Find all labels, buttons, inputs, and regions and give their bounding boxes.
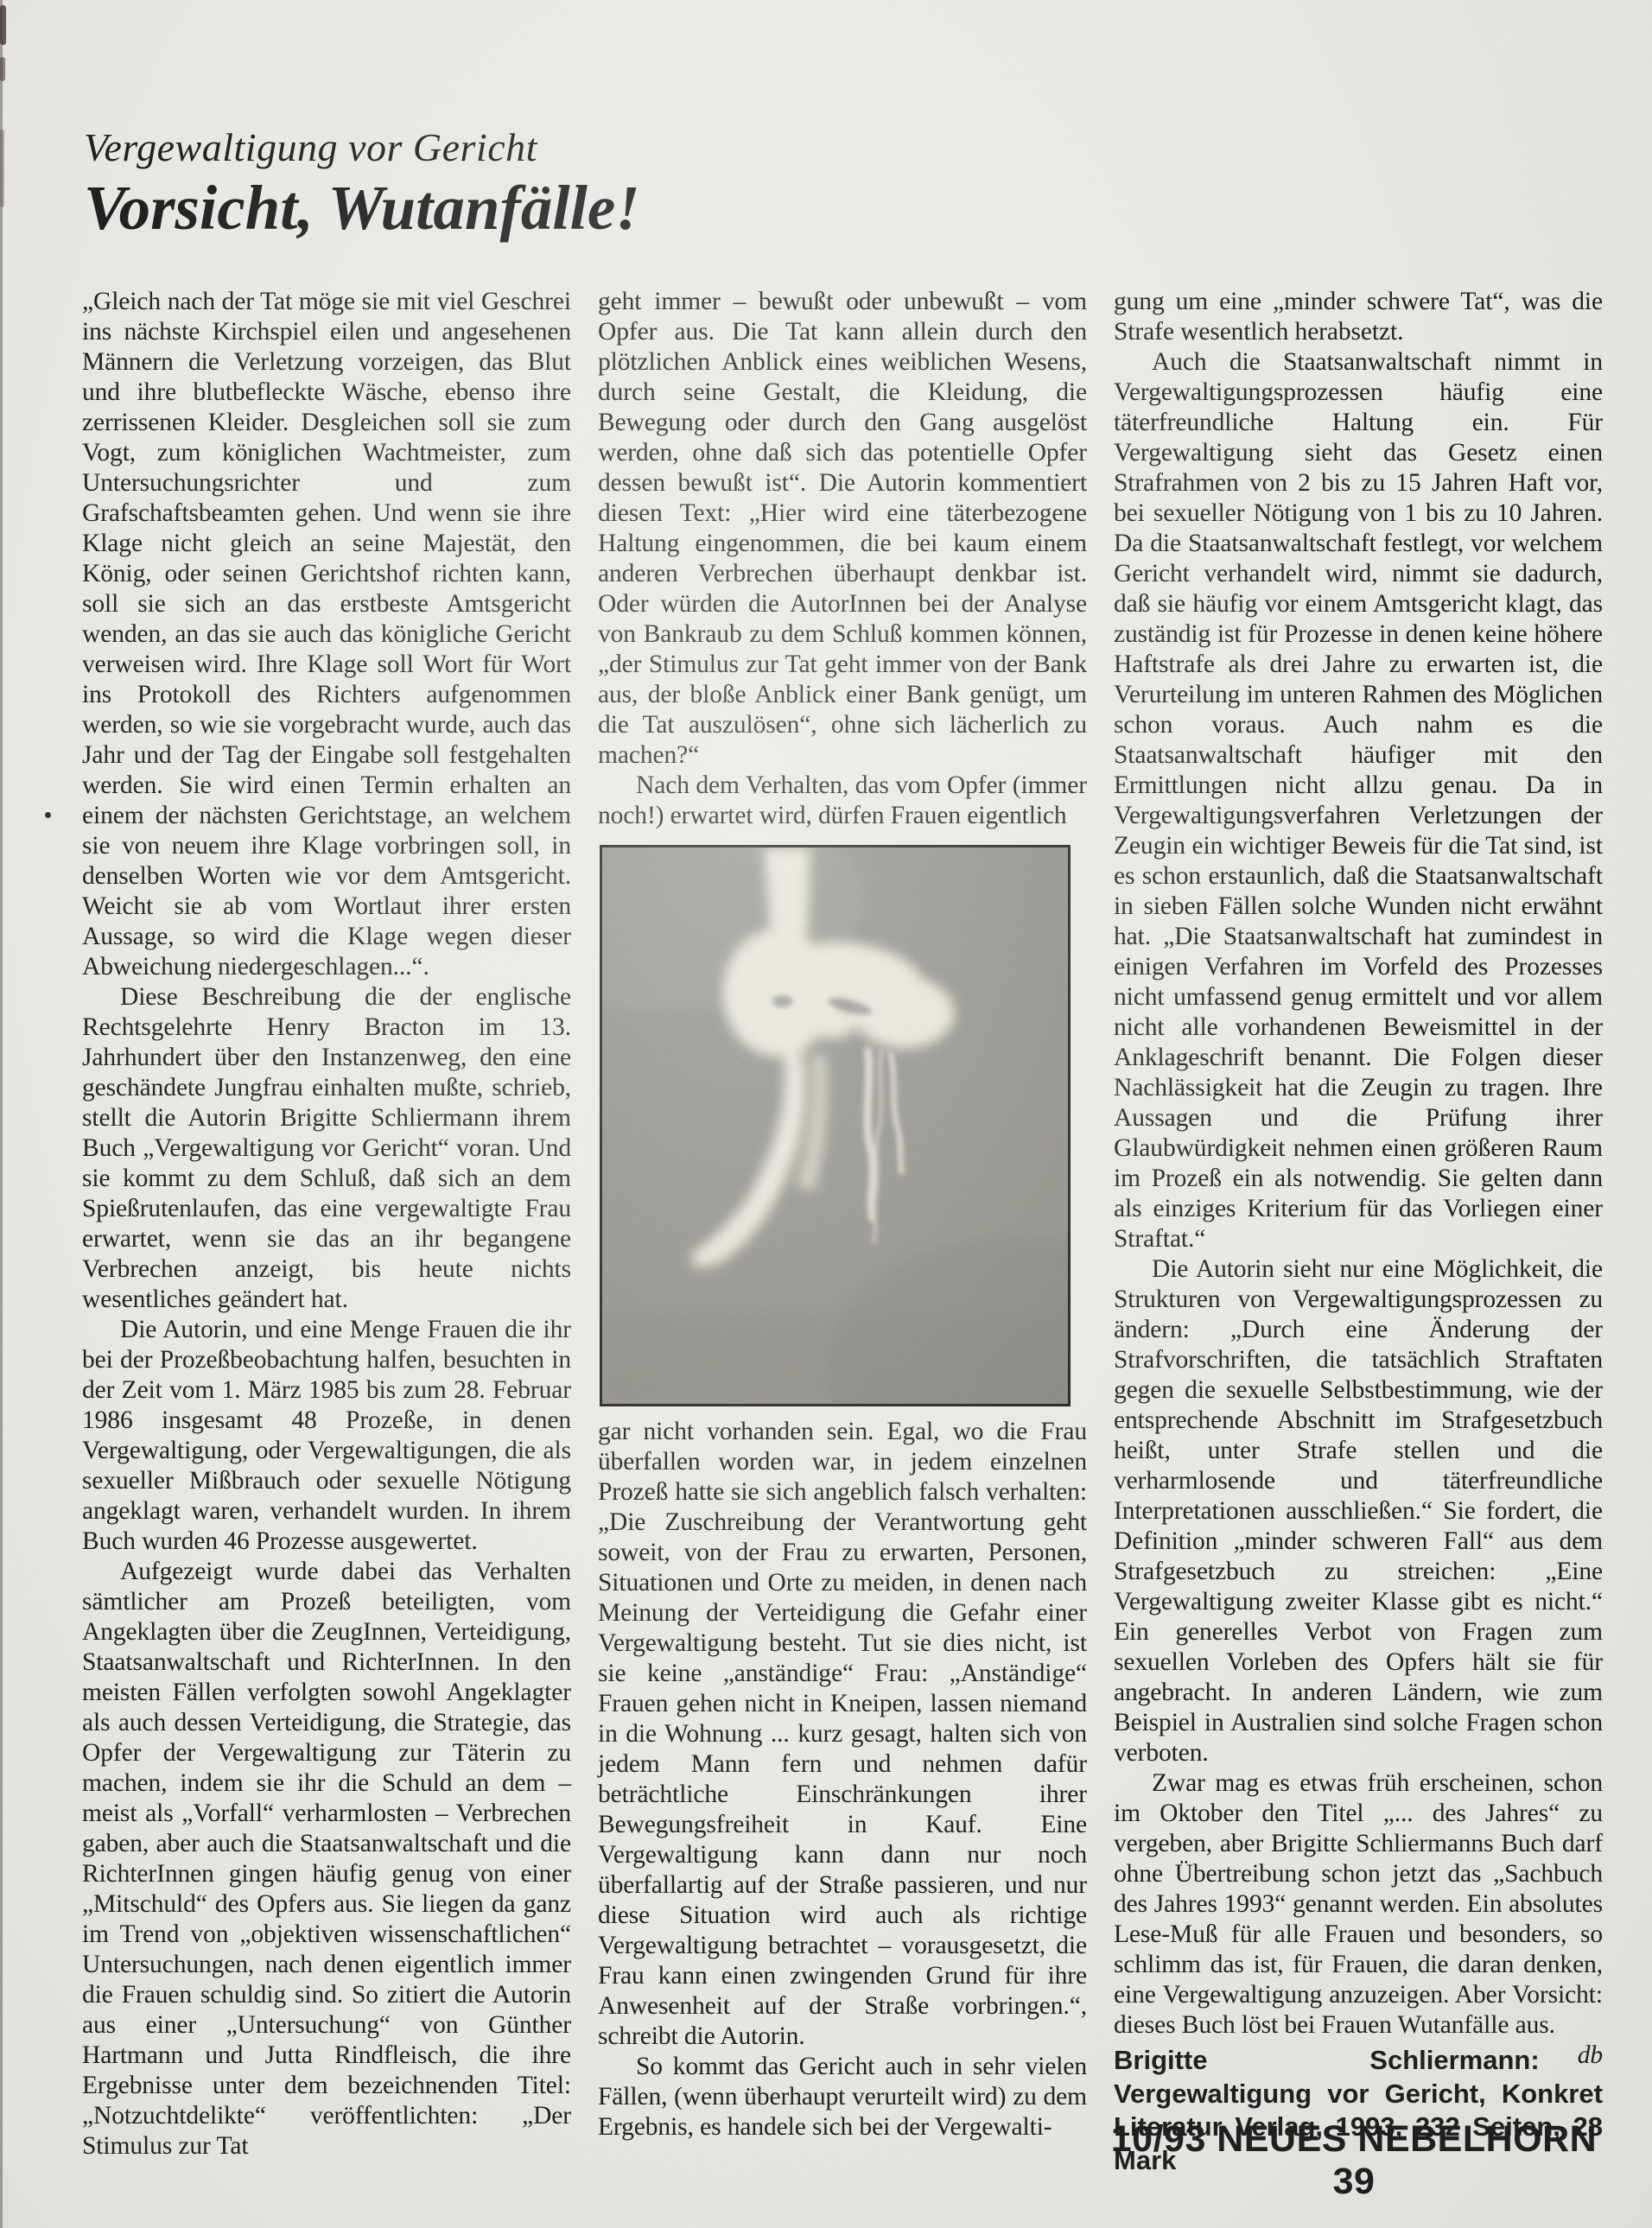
article-header: Vergewaltigung vor Gericht Vorsicht, Wut… [84, 126, 640, 241]
article-kicker: Vergewaltigung vor Gericht [84, 126, 640, 170]
article-paragraph: Zwar mag es etwas früh erscheinen, schon… [1114, 1768, 1603, 2041]
article-paragraph: So kommt das Gericht auch in sehr vielen… [598, 2052, 1087, 2142]
article-headline: Vorsicht, Wutanfälle! [84, 175, 640, 242]
column-3: gung um eine „minder schwere Tat“, was d… [1114, 287, 1603, 2177]
article-paragraph: geht immer – bewußt oder unbewußt – vom … [598, 287, 1087, 771]
article-columns: „Gleich nach der Tat möge sie mit viel G… [82, 287, 1603, 2177]
paragraph-text: Zwar mag es etwas früh erscheinen, schon… [1114, 1769, 1603, 2039]
article-paragraph: „Gleich nach der Tat möge sie mit viel G… [82, 287, 571, 982]
scan-edge-mark [0, 5, 6, 45]
scan-edge-mark [0, 130, 4, 207]
article-paragraph: Aufgezeigt wurde dabei das Verhalten säm… [82, 1557, 571, 2161]
article-paragraph: gar nicht vorhanden sein. Egal, wo die F… [598, 1417, 1087, 2052]
article-paragraph: Die Autorin sieht nur eine Möglichkeit, … [1114, 1254, 1603, 1768]
column-1: „Gleich nach der Tat möge sie mit viel G… [82, 287, 571, 2177]
scan-edge-mark [0, 57, 5, 81]
article-paragraph: Auch die Staatsanwaltschaft nimmt in Ver… [1114, 347, 1603, 1254]
column-2: geht immer – bewußt oder unbewußt – vom … [598, 287, 1087, 2177]
scan-edge-artifact [0, 0, 3, 2228]
article-paragraph: Nach dem Verhalten, das vom Opfer (immer… [598, 771, 1087, 831]
article-paragraph: Diese Beschreibung die der englische Rec… [82, 982, 571, 1315]
article-photo [600, 845, 1071, 1406]
article-paragraph: Die Autorin, und eine Menge Frauen die i… [82, 1315, 571, 1557]
author-initials: db [1540, 2041, 1603, 2071]
article-paragraph: gung um eine „minder schwere Tat“, was d… [1114, 287, 1603, 347]
abstract-painting-image [602, 847, 1068, 1404]
scan-dot-artifact [45, 812, 51, 818]
page-footer: 10/93 NEUES NEBELHORN 39 [1104, 2118, 1604, 2203]
magazine-page: Vergewaltigung vor Gericht Vorsicht, Wut… [0, 0, 1652, 2228]
